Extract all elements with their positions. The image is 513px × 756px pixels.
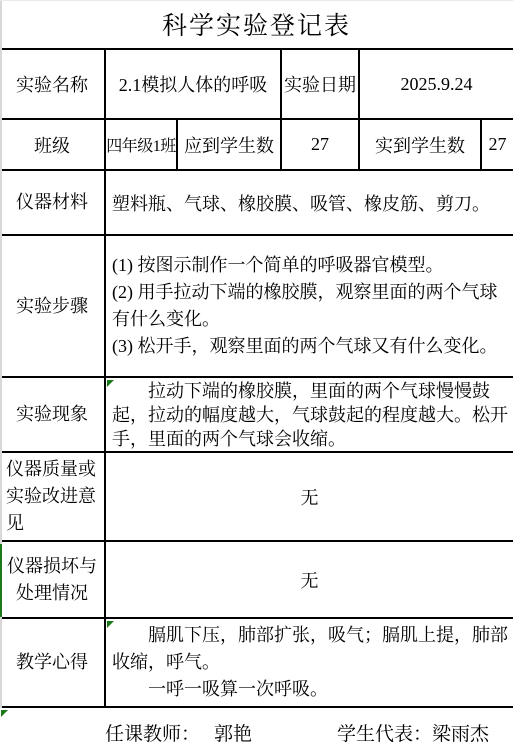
experiment-date-label: 实验日期 bbox=[282, 50, 360, 118]
student-name: 梁雨杰 bbox=[432, 719, 489, 746]
page-gridline-top bbox=[0, 0, 513, 1]
row-quality: 仪器质量或实验改进意见 无 bbox=[0, 453, 513, 542]
reflection-label: 教学心得 bbox=[0, 619, 106, 706]
experiment-name-label: 实验名称 bbox=[0, 50, 106, 118]
cell-error-border bbox=[0, 544, 2, 617]
row-materials: 仪器材料 塑料瓶、气球、橡胶膜、吸管、橡皮筋、剪刀。 bbox=[0, 171, 513, 236]
phenomenon-value: 拉动下端的橡胶膜，里面的两个气球慢慢鼓起，拉动的幅度越大，气球鼓起的程度越大。松… bbox=[106, 378, 513, 451]
form-title: 科学实验登记表 bbox=[162, 6, 351, 42]
expected-students-label: 应到学生数 bbox=[178, 120, 282, 169]
row-reflection: 教学心得 膈肌下压，肺部扩张，吸气；膈肌上提，肺部收缩，呼气。 一呼一吸算一次呼… bbox=[0, 619, 513, 708]
row-experiment: 实验名称 2.1模拟人体的呼吸 实验日期 2025.9.24 bbox=[0, 50, 513, 120]
actual-students-label: 实到学生数 bbox=[360, 120, 482, 169]
class-label: 班级 bbox=[0, 120, 106, 169]
cell-error-marker-icon bbox=[1, 710, 8, 717]
materials-label: 仪器材料 bbox=[0, 171, 106, 234]
row-damage: 仪器损坏与处理情况 无 bbox=[0, 542, 513, 619]
signature-row: 任课教师： 郭艳 学生代表： 梁雨杰 bbox=[0, 708, 513, 756]
quality-label: 仪器质量或实验改进意见 bbox=[0, 453, 106, 540]
steps-label: 实验步骤 bbox=[0, 236, 106, 376]
steps-value: (1) 按图示制作一个简单的呼吸器官模型。 (2) 用手拉动下端的橡胶膜，观察里… bbox=[106, 236, 513, 376]
phenomenon-label: 实验现象 bbox=[0, 378, 106, 451]
damage-label: 仪器损坏与处理情况 bbox=[0, 542, 106, 617]
row-phenomenon: 实验现象 拉动下端的橡胶膜，里面的两个气球慢慢鼓起，拉动的幅度越大，气球鼓起的程… bbox=[0, 378, 513, 453]
student-label: 学生代表： bbox=[337, 719, 432, 746]
form-title-row: 科学实验登记表 bbox=[0, 0, 513, 50]
actual-students-value: 27 bbox=[482, 120, 513, 169]
experiment-date-value: 2025.9.24 bbox=[360, 50, 513, 118]
materials-value: 塑料瓶、气球、橡胶膜、吸管、橡皮筋、剪刀。 bbox=[106, 171, 513, 234]
experiment-registration-form: 科学实验登记表 实验名称 2.1模拟人体的呼吸 实验日期 2025.9.24 班… bbox=[0, 0, 513, 756]
row-class-info: 班级 四年级1班 应到学生数 27 实到学生数 27 bbox=[0, 120, 513, 171]
reflection-value: 膈肌下压，肺部扩张，吸气；膈肌上提，肺部收缩，呼气。 一呼一吸算一次呼吸。 bbox=[106, 619, 513, 706]
cell-error-marker-icon bbox=[107, 380, 114, 387]
class-value: 四年级1班 bbox=[106, 120, 178, 169]
row-steps: 实验步骤 (1) 按图示制作一个简单的呼吸器官模型。 (2) 用手拉动下端的橡胶… bbox=[0, 236, 513, 378]
cell-error-marker-icon bbox=[107, 621, 114, 628]
quality-value: 无 bbox=[106, 453, 513, 540]
teacher-name: 郭艳 bbox=[214, 719, 252, 746]
expected-students-value: 27 bbox=[282, 120, 360, 169]
experiment-name-value: 2.1模拟人体的呼吸 bbox=[106, 50, 282, 118]
damage-value: 无 bbox=[106, 542, 513, 617]
teacher-label: 任课教师： bbox=[105, 719, 200, 746]
